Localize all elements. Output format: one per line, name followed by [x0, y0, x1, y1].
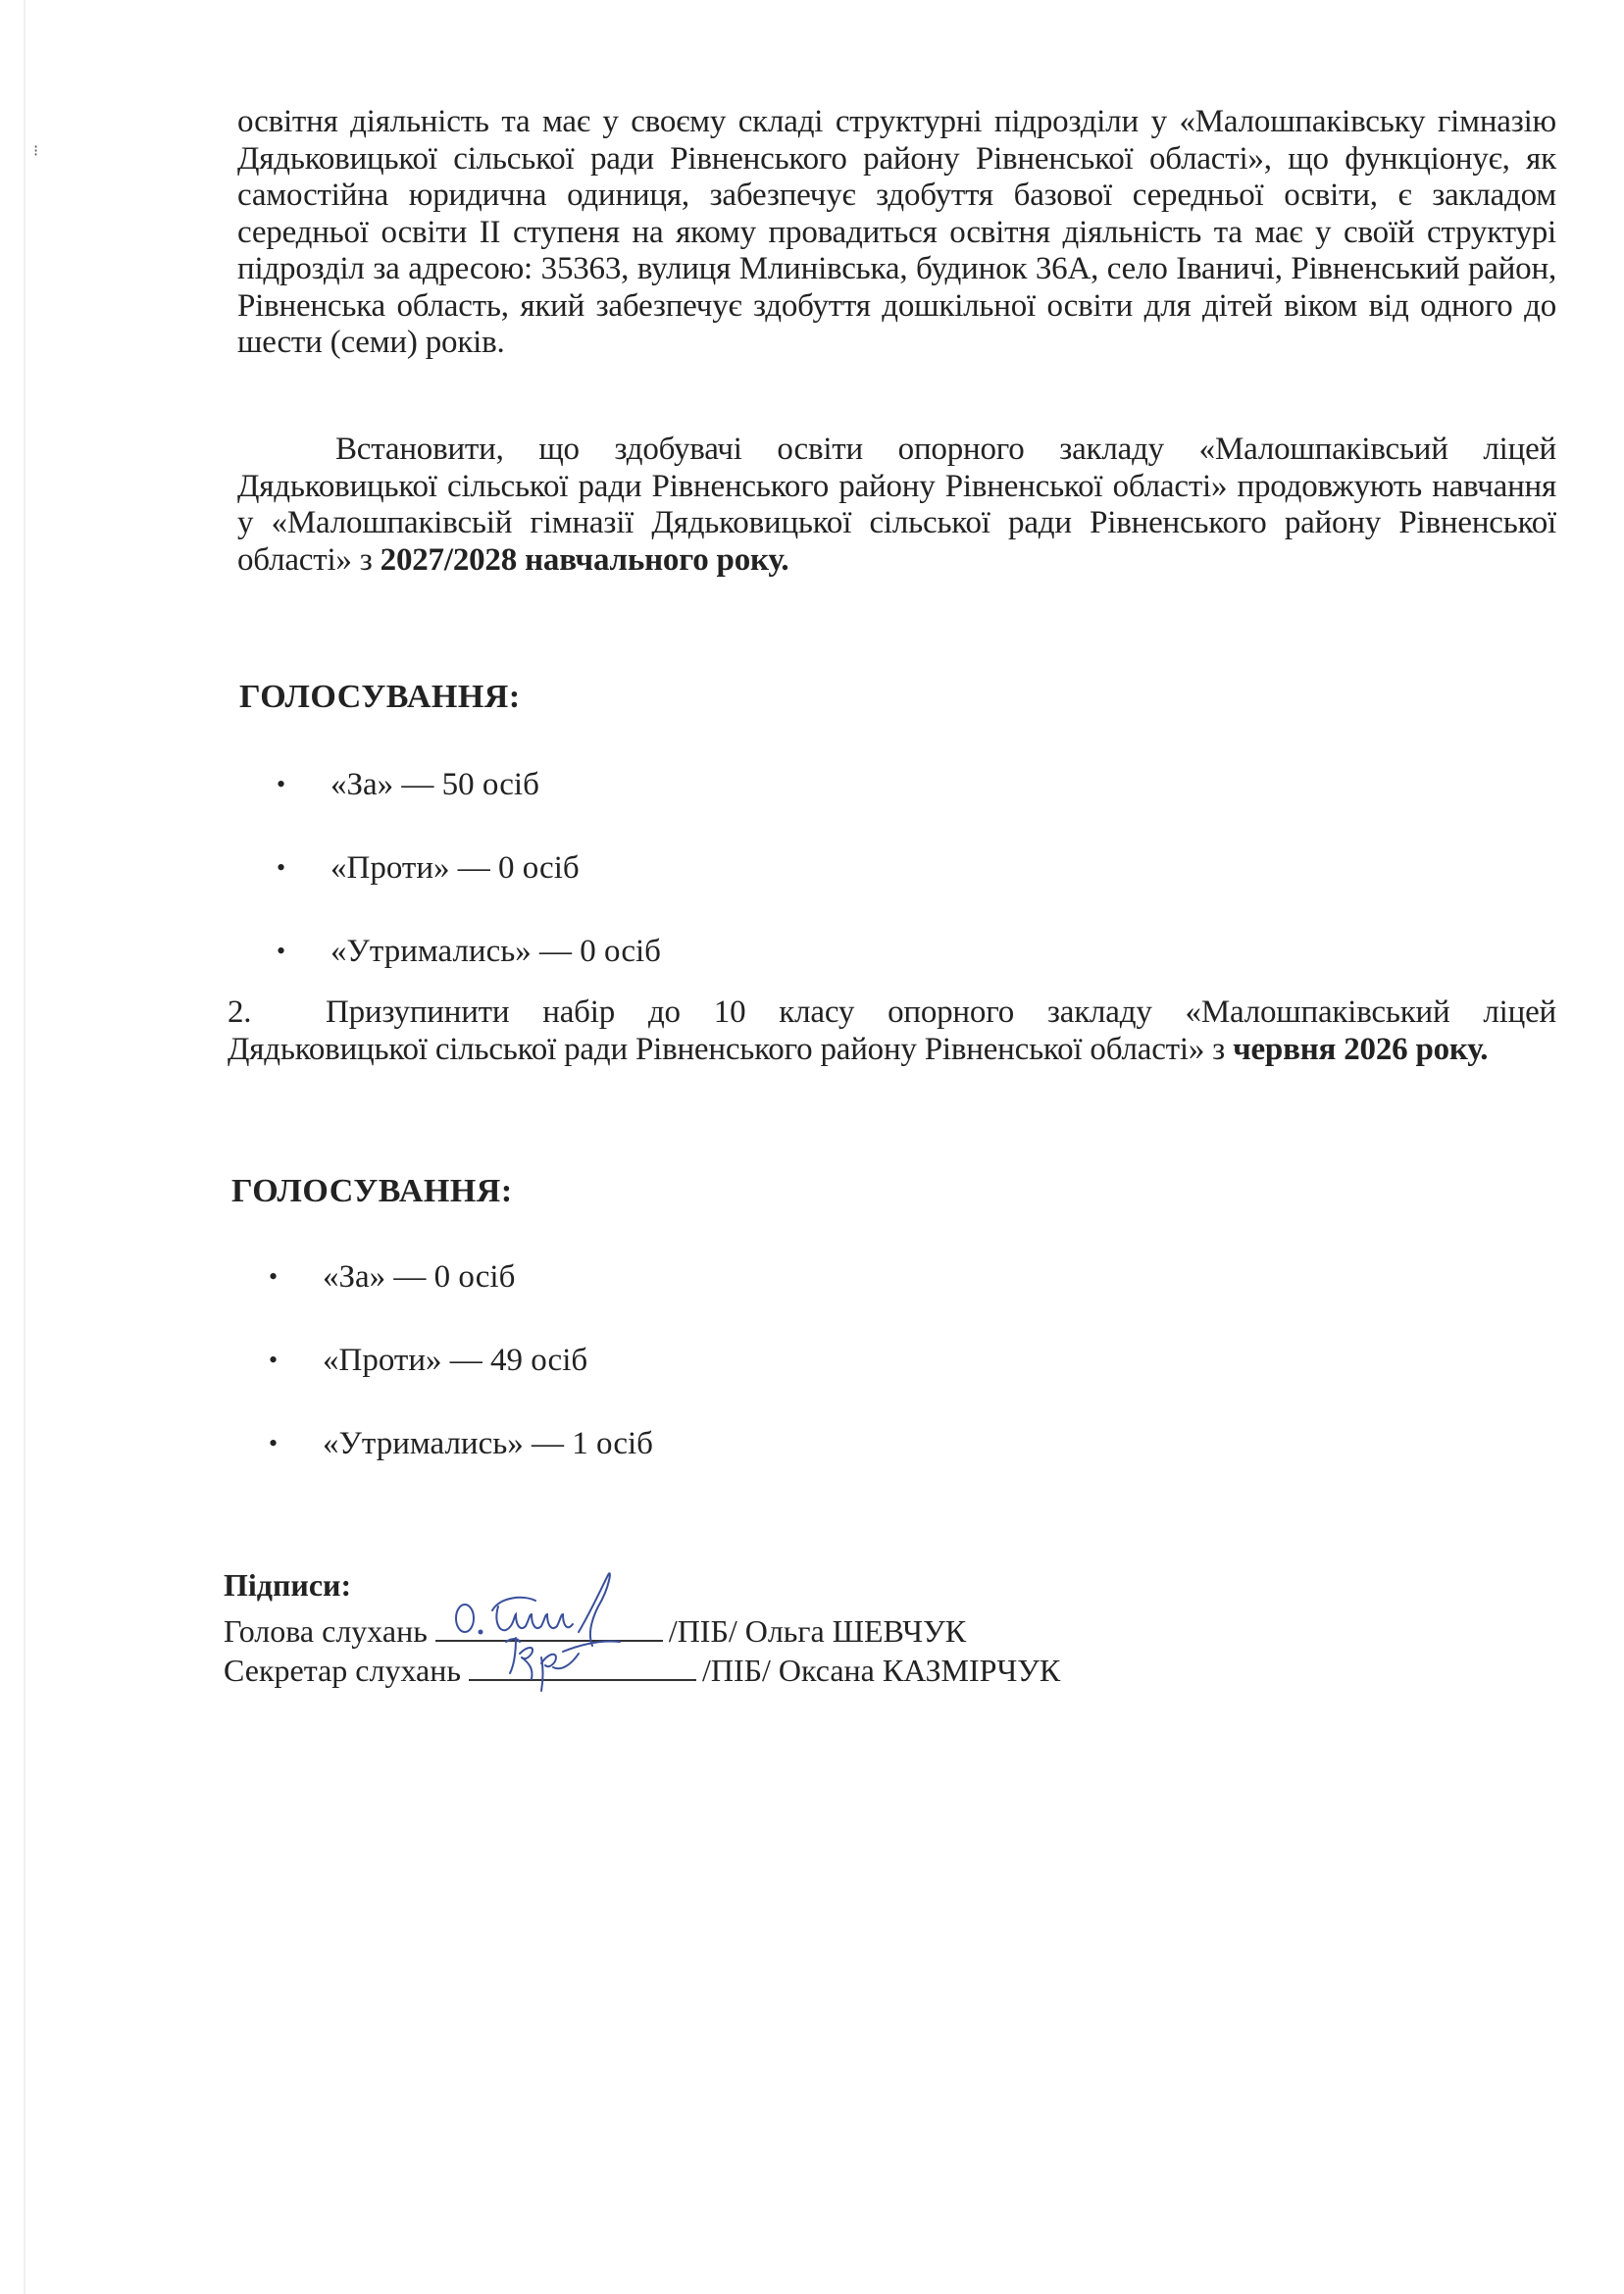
bullet-icon: •	[277, 932, 285, 971]
secretary-role: Секретар слухань	[224, 1653, 461, 1688]
vote-2-against: • «Проти» — 49 осіб	[269, 1341, 653, 1424]
vote-2-heading: ГОЛОСУВАННЯ:	[231, 1173, 513, 1210]
signature-row-chair: Голова слухань /ПІБ/ Ольга ШЕВЧУК	[224, 1608, 1060, 1648]
margin-mark: ⁝	[33, 147, 43, 177]
chair-role: Голова слухань	[224, 1613, 428, 1649]
vote-label: «За» — 0 осіб	[323, 1259, 515, 1295]
vote-label: «За» — 50 осіб	[330, 767, 539, 802]
document-page: ⁝ освітня діяльність та має у своєму скл…	[0, 0, 1624, 2294]
scan-edge	[24, 0, 25, 2294]
vote-2-abstained: • «Утримались» — 1 осіб	[269, 1424, 653, 1507]
secretary-signature-icon	[498, 1624, 616, 1693]
bullet-icon: •	[277, 765, 285, 804]
vote-label: «Утримались» — 0 осіб	[330, 934, 661, 969]
secretary-signature-line	[469, 1648, 696, 1681]
chair-name: /ПІБ/ Ольга ШЕВЧУК	[669, 1613, 966, 1649]
bullet-icon: •	[269, 1257, 278, 1297]
vote-label: «Проти» — 0 осіб	[330, 850, 580, 886]
paragraph-continuation: освітня діяльність та має у своєму склад…	[237, 104, 1556, 362]
vote-1-against: • «Проти» — 0 осіб	[277, 848, 661, 932]
vote-1-for: • «За» — 50 осіб	[277, 765, 661, 848]
secretary-name: /ПІБ/ Оксана КАЗМІРЧУК	[702, 1653, 1060, 1688]
item-2-paragraph: 2.Призупинити набір до 10 класу опорного…	[228, 994, 1556, 1068]
item-2-number: 2.	[228, 994, 326, 1032]
signatures-block: Підписи: Голова слухань /ПІБ/ Ольга ШЕВЧ…	[224, 1565, 1060, 1687]
paragraph-establish-bold: 2027/2028 навчального року.	[381, 542, 789, 578]
vote-1-list: • «За» — 50 осіб • «Проти» — 0 осіб • «У…	[277, 765, 661, 1015]
vote-label: «Утримались» — 1 осіб	[323, 1426, 653, 1461]
item-2-bold: червня 2026 року.	[1233, 1032, 1488, 1067]
vote-1-heading: ГОЛОСУВАННЯ:	[239, 679, 521, 716]
bullet-icon: •	[277, 848, 285, 888]
vote-2-list: • «За» — 0 осіб • «Проти» — 49 осіб • «У…	[269, 1257, 653, 1507]
signature-row-secretary: Секретар слухань /ПІБ/ Оксана КАЗМІРЧУК	[224, 1648, 1060, 1687]
paragraph-establish: Встановити, що здобувачі освіти опорного…	[237, 432, 1556, 579]
bullet-icon: •	[269, 1424, 278, 1463]
vote-2-for: • «За» — 0 осіб	[269, 1257, 653, 1341]
vote-label: «Проти» — 49 осіб	[323, 1343, 587, 1378]
bullet-icon: •	[269, 1341, 278, 1380]
